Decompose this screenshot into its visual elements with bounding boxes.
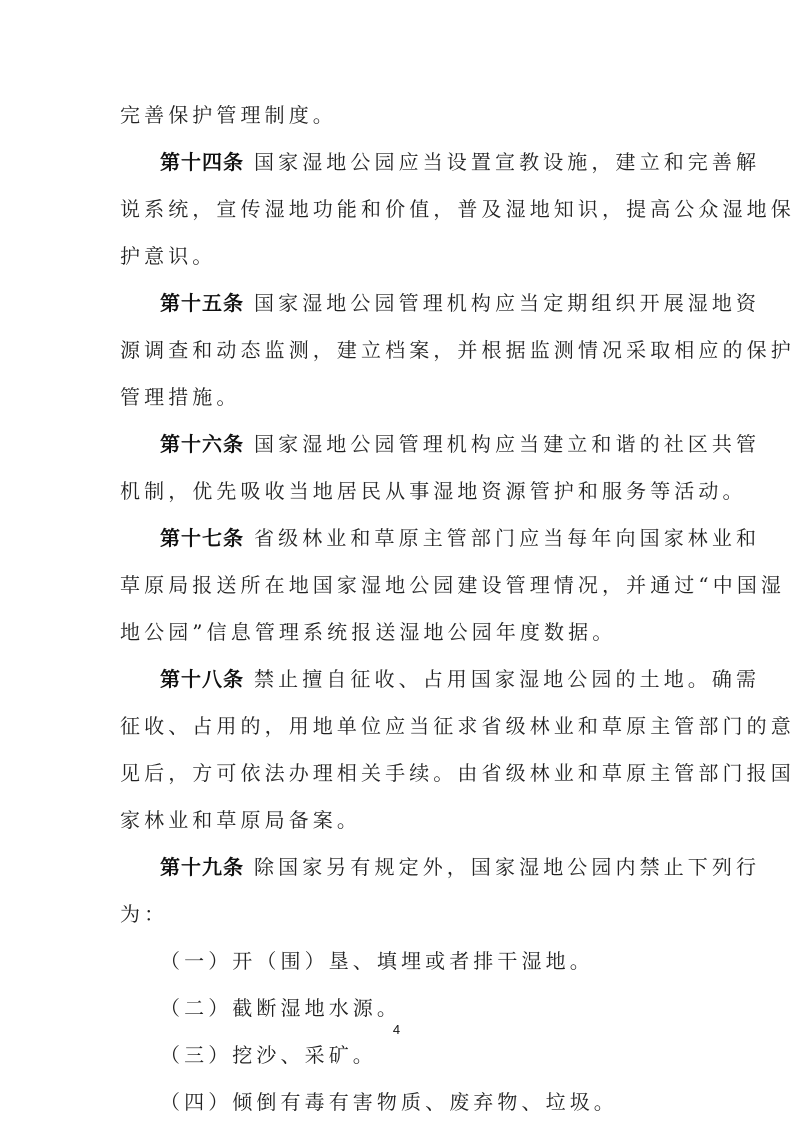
article-19-number: 第十九条: [160, 855, 244, 879]
article-17-text: 省级林业和草原主管部门应当每年向国家林业和: [254, 526, 760, 550]
continuation-text: 完善保护管理制度。: [120, 100, 337, 130]
article-16-number: 第十六条: [160, 432, 244, 456]
article-17-line-1: 第十七条省级林业和草原主管部门应当每年向国家林业和: [160, 523, 760, 553]
article-16-text: 国家湿地公园管理机构应当建立和谐的社区共管: [254, 432, 760, 456]
article-17-line-3: 地公园”信息管理系统报送湿地公园年度数据。: [120, 617, 616, 647]
article-18-line-4: 家林业和草原局备案。: [120, 805, 361, 835]
article-15-number: 第十五条: [160, 291, 244, 315]
article-15-line-1: 第十五条国家湿地公园管理机构应当定期组织开展湿地资: [160, 288, 760, 318]
article-18-line-1: 第十八条禁止擅自征收、占用国家湿地公园的土地。确需: [160, 664, 760, 694]
article-14-line-2: 说系统，宣传湿地功能和价值，普及湿地知识，提高公众湿地保: [120, 194, 793, 224]
article-18-text: 禁止擅自征收、占用国家湿地公园的土地。确需: [254, 667, 760, 691]
article-17-number: 第十七条: [160, 526, 244, 550]
article-19-line-1: 第十九条除国家另有规定外，国家湿地公园内禁止下列行: [160, 852, 760, 882]
article-18-number: 第十八条: [160, 667, 244, 691]
article-15-line-2: 源调查和动态监测，建立档案，并根据监测情况采取相应的保护: [120, 335, 793, 365]
article-17-line-2: 草原局报送所在地国家湿地公园建设管理情况，并通过“中国湿: [120, 570, 785, 600]
page-number: 4: [0, 1022, 793, 1037]
article-19-item-2: （二）截断湿地水源。: [160, 993, 401, 1023]
article-19-item-3: （三）挖沙、采矿。: [160, 1040, 377, 1070]
article-19-text: 除国家另有规定外，国家湿地公园内禁止下列行: [254, 855, 760, 879]
article-16-line-2: 机制，优先吸收当地居民从事湿地资源管护和服务等活动。: [120, 476, 747, 506]
article-19-item-1: （一）开（围）垦、填埋或者排干湿地。: [160, 946, 594, 976]
article-18-line-3: 见后，方可依法办理相关手续。由省级林业和草原主管部门报国: [120, 758, 793, 788]
article-14-line-3: 护意识。: [120, 241, 216, 271]
article-14-line-1: 第十四条国家湿地公园应当设置宣教设施，建立和完善解: [160, 147, 760, 177]
article-19-item-4: （四）倾倒有毒有害物质、废弃物、垃圾。: [160, 1087, 618, 1117]
article-15-line-3: 管理措施。: [120, 382, 241, 412]
article-16-line-1: 第十六条国家湿地公园管理机构应当建立和谐的社区共管: [160, 429, 760, 459]
article-18-line-2: 征收、占用的，用地单位应当征求省级林业和草原主管部门的意: [120, 711, 793, 741]
article-15-text: 国家湿地公园管理机构应当定期组织开展湿地资: [254, 291, 760, 315]
article-19-line-2: 为：: [120, 899, 168, 929]
article-14-number: 第十四条: [160, 150, 244, 174]
article-14-text: 国家湿地公园应当设置宣教设施，建立和完善解: [254, 150, 760, 174]
